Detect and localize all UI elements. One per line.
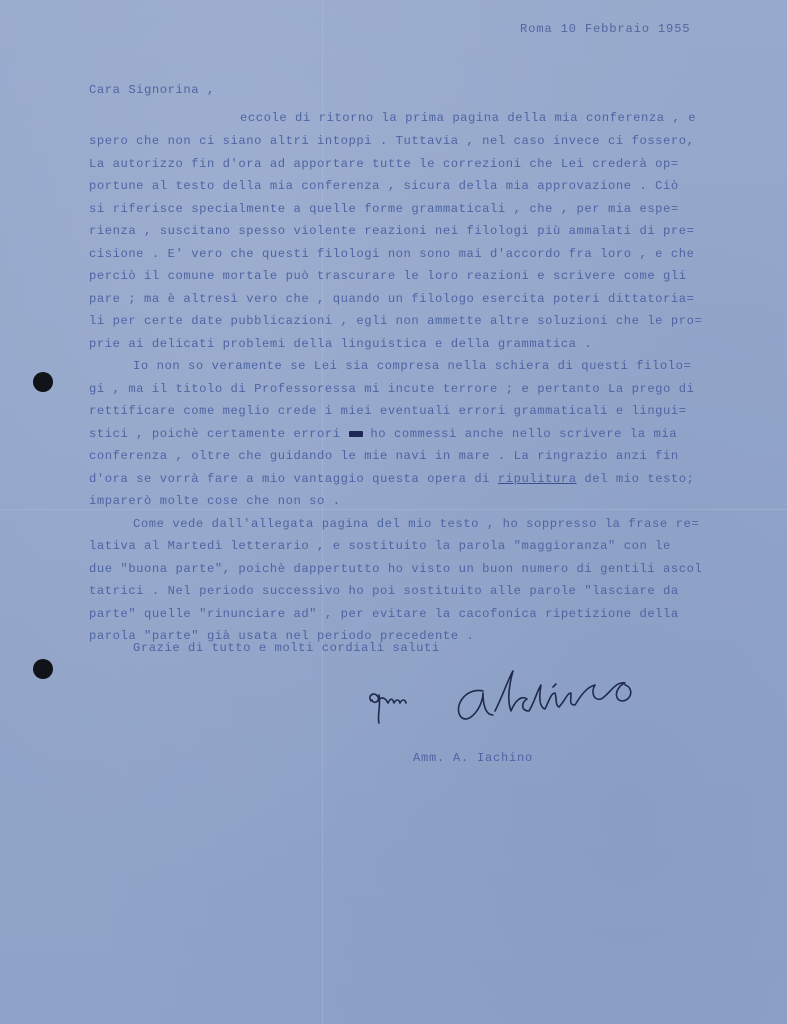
paragraph1-line: La autorizzo fin d'ora ad apportare tutt…	[89, 157, 679, 171]
line-text: ho commessi anche nello scrivere la mia	[363, 427, 678, 441]
paper-fold-vertical	[322, 0, 323, 1024]
paragraph3-line: parte" quelle "rinunciare ad" , per evit…	[89, 607, 679, 621]
paragraph3-line: due "buona parte", poichè dappertutto ho…	[89, 562, 702, 576]
paragraph3-line: lativa al Martedì letterario , e sostitu…	[89, 539, 671, 553]
paragraph1-line: cisione . E' vero che questi filologi no…	[89, 247, 695, 261]
line-text: del mio testo;	[577, 472, 695, 486]
punch-hole-icon	[33, 372, 53, 392]
place-date: Roma 10 Febbraio 1955	[520, 22, 690, 36]
handwritten-signature-icon	[365, 665, 725, 735]
paragraph2-line: conferenza , oltre che guidando le mie n…	[89, 449, 679, 463]
letter-page: Roma 10 Febbraio 1955 Cara Signorina , e…	[0, 0, 787, 1024]
paragraph2-line: rettificare come meglio crede i miei eve…	[89, 404, 687, 418]
paragraph1-line: rienza , suscitano spesso violente reazi…	[89, 224, 695, 238]
paragraph2-line: d'ora se vorrà fare a mio vantaggio ques…	[89, 472, 695, 486]
paragraph1-line: eccole di ritorno la prima pagina della …	[240, 111, 696, 125]
paragraph1-line: prie ai delicati problemi della linguist…	[89, 337, 592, 351]
strikeout-mark-icon	[349, 431, 363, 437]
paragraph2-line: imparerò molte cose che non so .	[89, 494, 341, 508]
paragraph2-line: gi , ma il titolo di Professoressa mi in…	[89, 382, 695, 396]
closing: Grazie di tutto e molti cordiali saluti	[133, 641, 440, 655]
paragraph3-line: Come vede dall'allegata pagina del mio t…	[133, 517, 699, 531]
paragraph1-line: spero che non ci siano altri intoppi . T…	[89, 134, 695, 148]
signer-name: Amm. A. Iachino	[413, 751, 533, 765]
paper-fold-horizontal	[0, 509, 787, 510]
paragraph1-line: li per certe date pubblicazioni , egli n…	[89, 314, 702, 328]
paragraph3-line: tatrici . Nel periodo successivo ho poi …	[89, 584, 679, 598]
line-text: d'ora se vorrà fare a mio vantaggio ques…	[89, 472, 498, 486]
underlined-word: ripulitura	[498, 472, 577, 486]
paragraph1-line: si riferisce specialmente a quelle forme…	[89, 202, 679, 216]
paragraph2-line: stici , poichè certamente errori ho comm…	[89, 427, 677, 441]
paragraph2-line: Io non so veramente se Lei sia compresa …	[133, 359, 691, 373]
punch-hole-icon	[33, 659, 53, 679]
paragraph1-line: portune al testo della mia conferenza , …	[89, 179, 679, 193]
line-text: stici , poichè certamente errori	[89, 427, 349, 441]
paragraph1-line: pare ; ma è altresì vero che , quando un…	[89, 292, 695, 306]
paragraph1-line: perciò il comune mortale può trascurare …	[89, 269, 687, 283]
salutation: Cara Signorina ,	[89, 83, 215, 97]
